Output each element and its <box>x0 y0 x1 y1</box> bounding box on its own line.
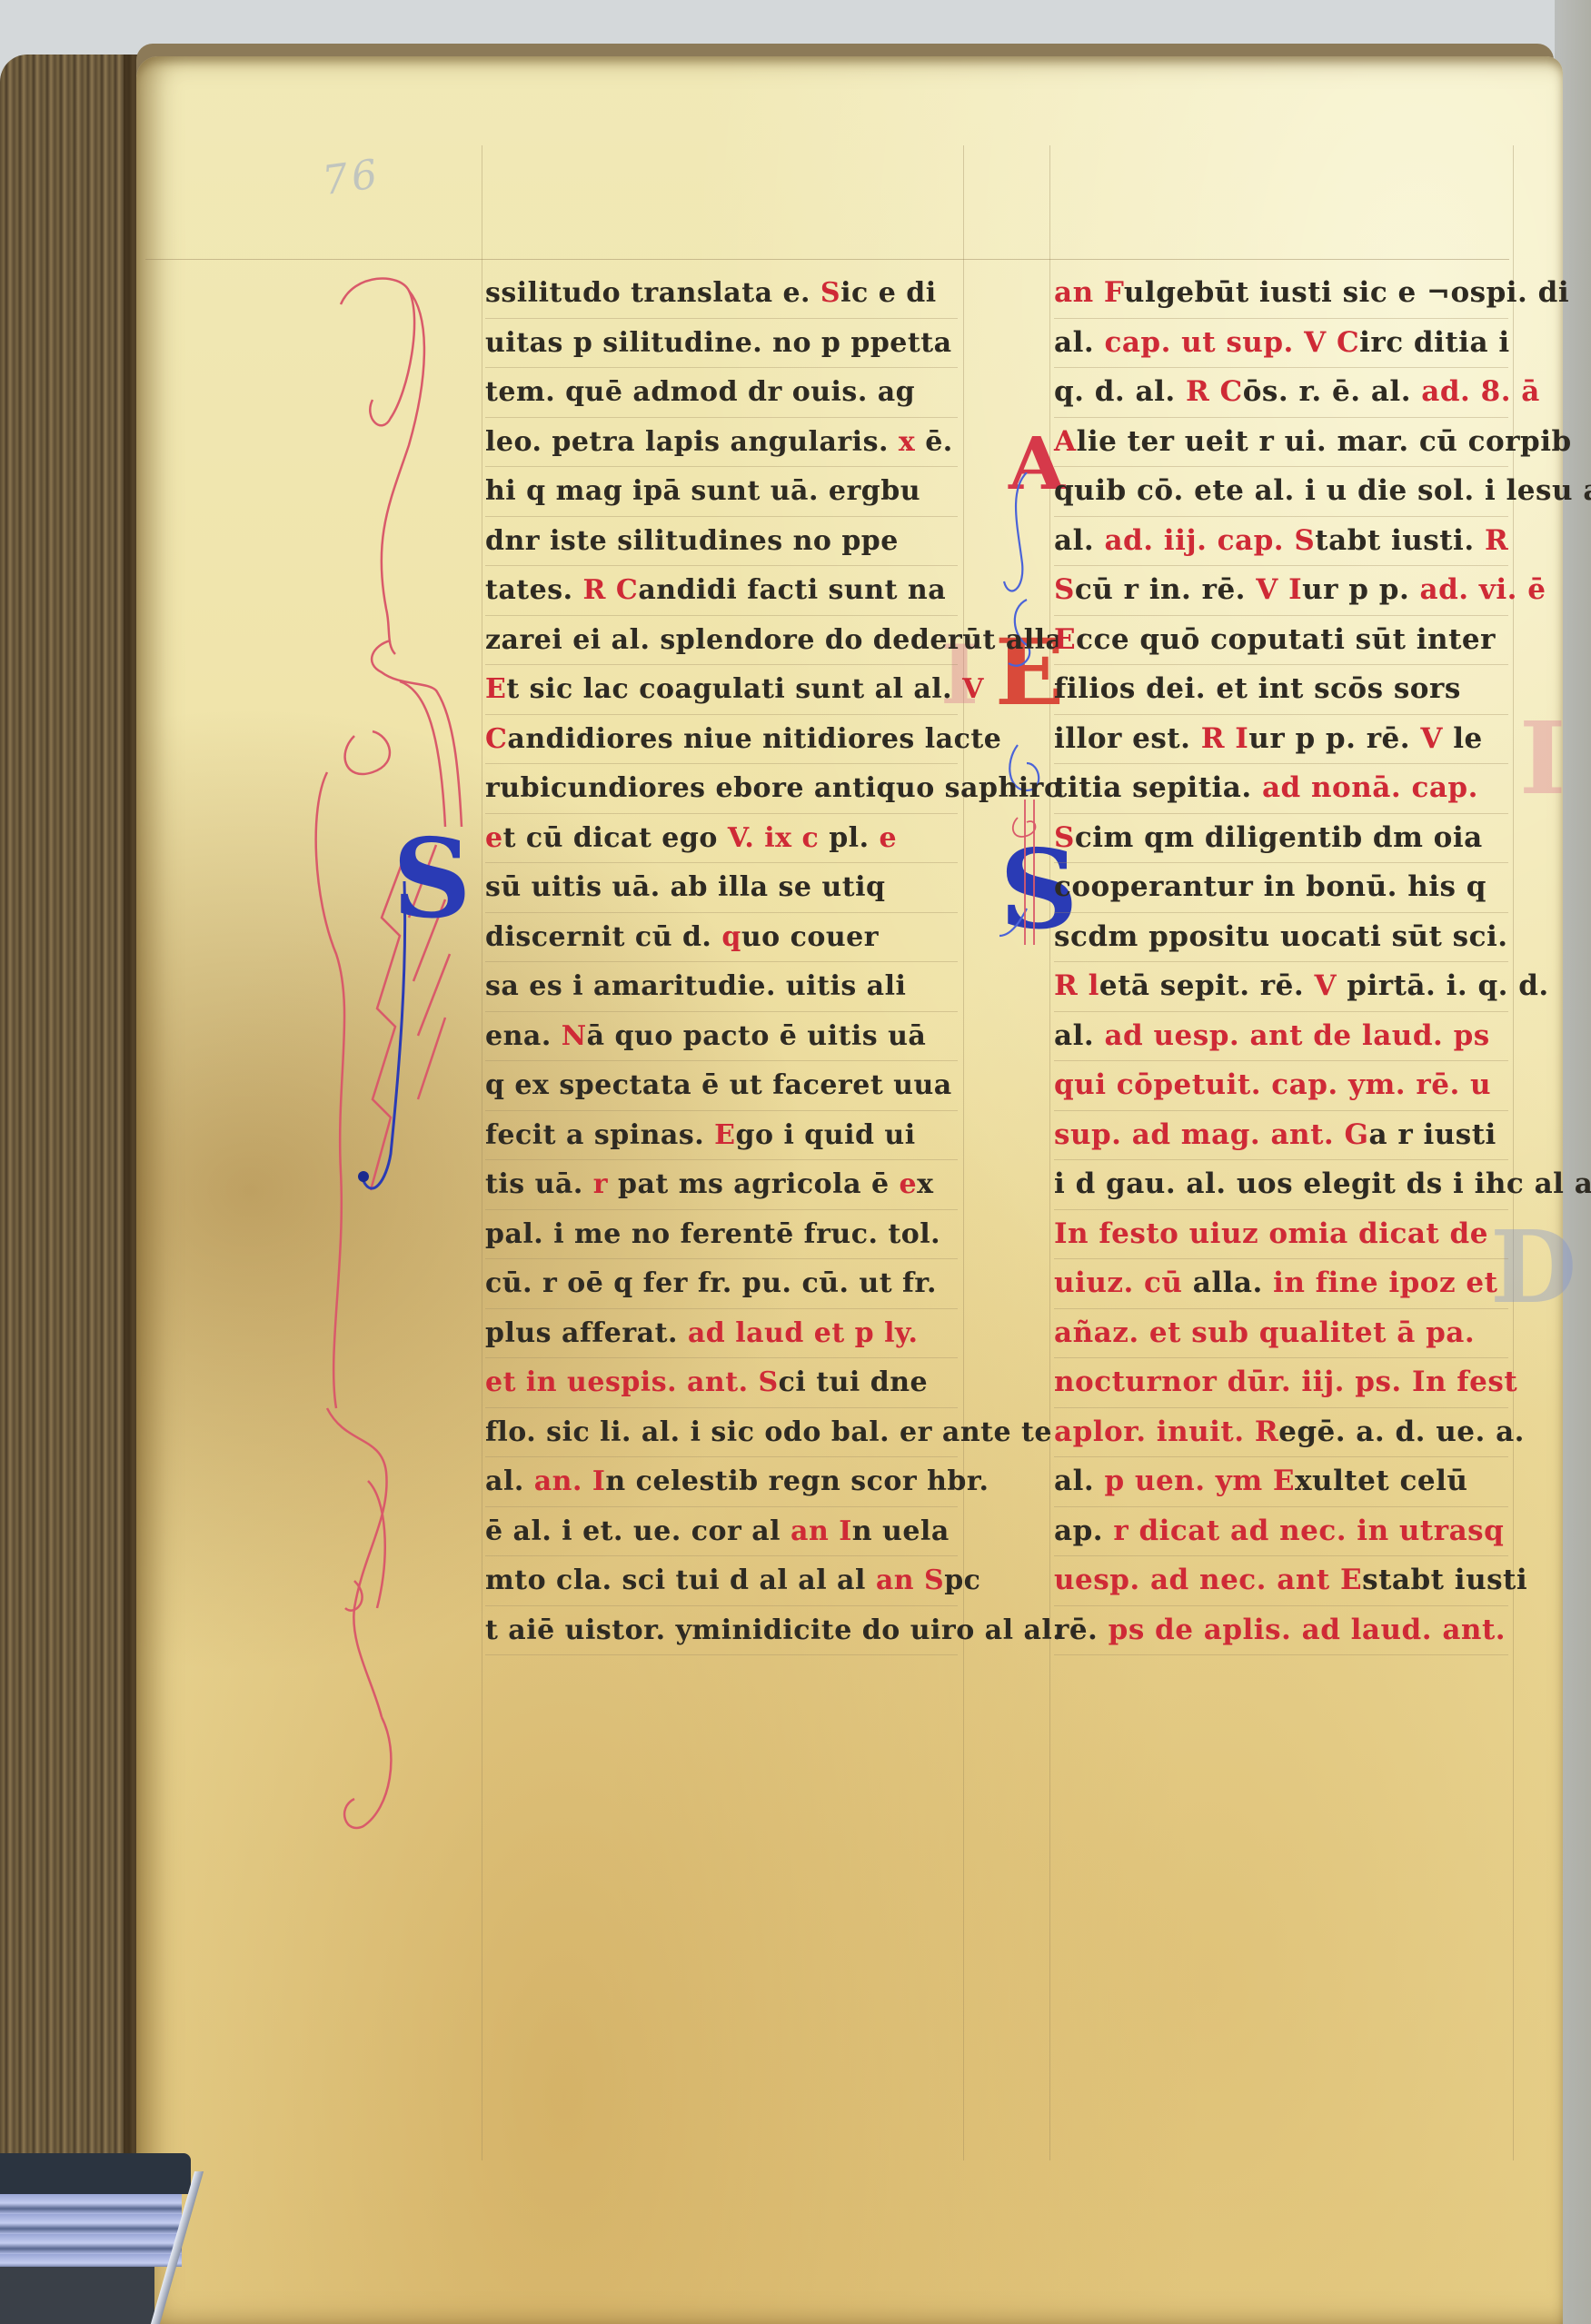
body-text: andidi facti sunt na <box>638 574 946 606</box>
rubric-text: V <box>1420 722 1443 755</box>
body-text: x <box>917 1168 933 1200</box>
clip-body <box>0 2194 182 2267</box>
body-text: stabt iusti <box>1362 1564 1527 1596</box>
text-line: dnr iste silitudines no ppe <box>485 517 958 567</box>
rubric-text: qui cōpetuit. cap. ym. rē. u <box>1054 1068 1491 1101</box>
rubric-text: an <box>791 1515 829 1547</box>
text-line: qui cōpetuit. cap. ym. rē. u <box>1054 1061 1508 1111</box>
text-line: al. p uen. ym Exultet celū <box>1054 1457 1508 1507</box>
body-text: t cū dicat ego <box>503 822 728 854</box>
rubric-text: C <box>1220 375 1243 408</box>
rubric-text: r dicat ad nec. in utrasq <box>1113 1515 1504 1547</box>
text-line: cū. r oē q fer fr. pu. cū. ut fr. <box>485 1259 958 1309</box>
text-line: tis uā. r pat ms agricola ē ex <box>485 1160 958 1210</box>
text-line: fecit a spinas. Ego i quid ui <box>485 1111 958 1161</box>
text-line: quib cō. ete al. i u die sol. i lesu al <box>1054 467 1508 517</box>
body-text: illor est. <box>1054 722 1201 755</box>
text-line: nocturnor dūr. iij. ps. In fest <box>1054 1358 1508 1408</box>
body-text: xultet celū <box>1295 1465 1467 1497</box>
rubric-text: V <box>1256 573 1278 606</box>
body-text: t aiē uistor. yminidicite do uiro al al. <box>485 1614 1062 1646</box>
text-line: ē al. i et. ue. cor al an In uela <box>485 1507 958 1557</box>
body-text: dnr iste silitudines no ppe <box>485 525 899 557</box>
body-text: ur p p. <box>1302 573 1419 606</box>
rubric-text: E <box>1340 1564 1362 1596</box>
rubric-text: E <box>1273 1465 1295 1497</box>
rubric-text: e <box>485 822 503 854</box>
text-column-right: an Fulgebūt iusti sic e ¬ospi. dial. cap… <box>1054 269 1508 1655</box>
body-text: le <box>1443 722 1483 755</box>
rubric-text: S <box>758 1366 778 1398</box>
text-line: filios dei. et int scōs sors <box>1054 665 1508 715</box>
text-line: uesp. ad nec. ant Estabt iusti <box>1054 1556 1508 1606</box>
clip-top <box>0 2153 191 2194</box>
rubric-text: C <box>1337 326 1359 359</box>
body-text: rubicundiores ebore antiquo saphiro <box>485 772 1062 804</box>
rubric-text: sup. ad mag. ant. <box>1054 1118 1344 1151</box>
rubric-text: aplor. inuit. <box>1054 1415 1255 1448</box>
body-text <box>792 822 802 854</box>
body-text: ōs. r. ē. al. <box>1243 375 1422 408</box>
text-line: plus afferat. ad laud et p ly. <box>485 1309 958 1359</box>
rubric-text: In festo uiuz omia dicat de <box>1054 1217 1488 1250</box>
rubric-text: añaz. et sub qualitet ā pa. <box>1054 1316 1475 1349</box>
rubric-text: an. <box>534 1465 592 1497</box>
rubric-text: R <box>1186 375 1220 408</box>
rubric-text: V. ix <box>728 822 792 854</box>
rubric-text: C <box>485 723 507 755</box>
body-text: andidiores niue nitidiores lacte <box>507 723 1001 755</box>
body-text: discernit cū d. <box>485 921 721 953</box>
text-line: In festo uiuz omia dicat de <box>1054 1210 1508 1260</box>
text-line: sa es i amaritudie. uitis ali <box>485 962 958 1012</box>
text-line: mto cla. sci tui d al al al an Spc <box>485 1556 958 1606</box>
body-text: zarei ei al. splendore do dederūt alla <box>485 624 1064 656</box>
body-text: uo couer <box>741 921 879 953</box>
rubric-text: R <box>1201 722 1236 755</box>
rubric-text: S <box>924 1564 944 1596</box>
body-text: egē. a. d. ue. a. <box>1278 1415 1525 1448</box>
body-text <box>606 574 616 606</box>
rubric-text: l <box>1089 969 1099 1002</box>
rubric-text: ad. 8. ā <box>1421 375 1540 408</box>
body-text: al. <box>1054 326 1104 359</box>
text-line: añaz. et sub qualitet ā pa. <box>1054 1309 1508 1359</box>
rubric-text: nocturnor dūr. iij. ps. In fest <box>1054 1366 1517 1398</box>
body-text: ci tui dne <box>779 1366 929 1398</box>
folio-number: 76 <box>320 151 383 204</box>
body-text: sa es i amaritudie. uitis ali <box>485 970 906 1002</box>
body-text: cū r in. rē. <box>1075 573 1256 606</box>
body-text: alla. <box>1193 1266 1273 1299</box>
body-text: scdm ppositu uocati sūt sci. <box>1054 920 1508 953</box>
body-text: ap. <box>1054 1515 1113 1547</box>
body-text: al. <box>485 1465 534 1497</box>
body-text: flo. sic li. al. i sic odo bal. er ante … <box>485 1416 1052 1448</box>
body-text: cce quō coputati sūt inter <box>1076 623 1496 656</box>
page-holder-clip <box>0 2153 195 2324</box>
text-line: q. d. al. R Cōs. r. ē. al. ad. 8. ā <box>1054 368 1508 418</box>
text-line: q ex spectata ē ut faceret uua <box>485 1061 958 1111</box>
book-page-edges <box>0 55 154 2324</box>
text-line: rubicundiores ebore antiquo saphiro <box>485 764 958 814</box>
body-text: i d gau. al. uos elegit ds i ihc al al. <box>1054 1167 1591 1200</box>
text-line: tem. quē admod dr ouis. ag <box>485 368 958 418</box>
text-line: uitas p silitudine. no p ppetta <box>485 319 958 369</box>
ruling-line-left-col-end <box>963 145 964 2160</box>
body-text: cū. r oē q fer fr. pu. cū. ut fr. <box>485 1267 937 1299</box>
rubric-text: ad uesp. ant de laud. ps <box>1104 1019 1489 1052</box>
penwork-dot <box>358 1171 369 1182</box>
text-line: Alie ter ueit r ui. mar. cū corpib <box>1054 418 1508 468</box>
rubric-text: E <box>1054 623 1076 656</box>
body-text: tates. <box>485 574 583 606</box>
body-text: ena. <box>485 1020 562 1052</box>
rubric-text: I <box>1288 573 1302 606</box>
body-text <box>914 1564 924 1596</box>
body-text: t sic lac coagulati sunt al al. <box>506 673 962 705</box>
body-text: tabt iusti. <box>1315 524 1485 557</box>
clip-shadow <box>0 2267 154 2324</box>
rubric-text: cap. ut sup. V <box>1104 326 1336 359</box>
body-text: ur p p. rē. <box>1248 722 1420 755</box>
rubric-text: x <box>899 426 915 458</box>
rubric-text: I <box>592 1465 606 1497</box>
ruling-line-top <box>145 259 1509 260</box>
text-line: Candidiores niue nitidiores lacte <box>485 715 958 765</box>
text-line: sup. ad mag. ant. Ga r iusti <box>1054 1111 1508 1161</box>
rubric-text: F <box>1104 276 1124 309</box>
text-line: hi q mag ipā sunt uā. ergbu <box>485 467 958 517</box>
text-line: R letā sepit. rē. V pirtā. i. q. d. <box>1054 962 1508 1012</box>
rubric-text: et in uespis. ant. <box>485 1366 758 1398</box>
initial-blue-flourishes <box>999 472 1054 945</box>
rubric-text: e <box>900 1168 918 1200</box>
text-line: ena. Nā quo pacto ē uitis uā <box>485 1012 958 1062</box>
rubric-text: E <box>485 673 506 705</box>
ruling-line-left-col-start <box>482 145 482 2160</box>
text-line: al. cap. ut sup. V Circ ditia i <box>1054 319 1508 369</box>
text-line: t aiē uistor. yminidicite do uiro al al. <box>485 1606 958 1656</box>
body-text: pal. i me no ferentē fruc. tol. <box>485 1218 940 1250</box>
rubric-text: S <box>820 277 840 309</box>
body-text: tem. quē admod dr ouis. ag <box>485 376 915 408</box>
body-text: filios dei. et int scōs sors <box>1054 672 1461 705</box>
rubric-text: an <box>876 1564 914 1596</box>
body-text: hi q mag ipā sunt uā. ergbu <box>485 475 920 507</box>
body-text: lie ter ueit r ui. mar. cū corpib <box>1077 425 1572 458</box>
rubric-text: E <box>714 1119 735 1151</box>
body-text: tis uā. <box>485 1168 593 1200</box>
rubric-text: e <box>879 822 897 854</box>
rubric-text: C <box>616 574 638 606</box>
body-text: uitas p silitudine. no p ppetta <box>485 327 952 359</box>
body-text: pat ms agricola ē <box>608 1168 899 1200</box>
offset-initial-ghost: I <box>1519 700 1566 817</box>
text-line: scdm ppositu uocati sūt sci. <box>1054 913 1508 963</box>
body-text: ē. <box>915 426 952 458</box>
rubric-text: ps de aplis. ad laud. ant. <box>1109 1614 1506 1646</box>
rubric-text: N <box>562 1020 587 1052</box>
body-text: al. <box>1054 1019 1104 1052</box>
rubric-text: ad. iij. cap. <box>1104 524 1294 557</box>
rubric-text: S <box>1054 821 1075 854</box>
decorated-initial-s-left: S <box>393 825 472 934</box>
text-line: flo. sic li. al. i sic odo bal. er ante … <box>485 1408 958 1458</box>
text-line: aplor. inuit. Regē. a. d. ue. a. <box>1054 1408 1508 1458</box>
text-line: discernit cū d. quo couer <box>485 913 958 963</box>
text-line: i d gau. al. uos elegit ds i ihc al al. <box>1054 1160 1508 1210</box>
body-text: pl. <box>819 822 879 854</box>
body-text: sū uitis uā. ab illa se utiq <box>485 871 885 903</box>
body-text: ulgebūt iusti sic e ¬ospi. di <box>1124 276 1569 309</box>
body-text: mto cla. sci tui d al al al <box>485 1564 876 1596</box>
body-text: al. <box>1054 524 1104 557</box>
body-text: leo. petra lapis angularis. <box>485 426 899 458</box>
text-line: ssilitudo translata e. Sic e di <box>485 269 958 319</box>
rubric-text: R <box>1485 524 1508 557</box>
text-line: Ecce quō coputati sūt inter <box>1054 616 1508 666</box>
body-text <box>829 1515 839 1547</box>
rubric-text: S <box>1294 524 1315 557</box>
text-line: rē. ps de aplis. ad laud. ant. <box>1054 1606 1508 1656</box>
body-text: titia sepitia. <box>1054 771 1262 804</box>
rubric-text: G <box>1344 1118 1368 1151</box>
rubric-text: S <box>1054 573 1075 606</box>
rubric-text: A <box>1054 425 1077 458</box>
body-text: pirtā. i. q. d. <box>1337 969 1549 1002</box>
text-line: sū uitis uā. ab illa se utiq <box>485 863 958 913</box>
text-line: ap. r dicat ad nec. in utrasq <box>1054 1507 1508 1557</box>
text-line: Scū r in. rē. V Iur p p. ad. vi. ē <box>1054 566 1508 616</box>
body-text: rē. <box>1054 1614 1109 1646</box>
text-line: et in uespis. ant. Sci tui dne <box>485 1358 958 1408</box>
body-text: al. <box>1054 1465 1104 1497</box>
text-line: al. an. In celestib regn scor hbr. <box>485 1457 958 1507</box>
body-text: etā sepit. rē. <box>1099 969 1315 1002</box>
text-line: leo. petra lapis angularis. x ē. <box>485 418 958 468</box>
rubric-text: I <box>839 1515 852 1547</box>
body-text: quib cō. ete al. i u die sol. i lesu al <box>1054 474 1591 507</box>
text-line: zarei ei al. splendore do dederūt alla <box>485 616 958 666</box>
rubric-text: p uen. ym <box>1104 1465 1272 1497</box>
body-text: go i quid ui <box>736 1119 916 1151</box>
body-text: n uela <box>852 1515 950 1547</box>
text-line: an Fulgebūt iusti sic e ¬ospi. di <box>1054 269 1508 319</box>
text-line: pal. i me no ferentē fruc. tol. <box>485 1210 958 1260</box>
rubric-text: V <box>1314 969 1337 1002</box>
body-text: pc <box>944 1564 980 1596</box>
body-text: q ex spectata ē ut faceret uua <box>485 1069 952 1101</box>
body-text: plus afferat. <box>485 1317 688 1349</box>
rubric-text: in fine ipoz et <box>1273 1266 1497 1299</box>
text-line: al. ad. iij. cap. Stabt iusti. R <box>1054 517 1508 567</box>
body-text: cim qm diligentib dm oia <box>1075 821 1483 854</box>
text-column-left: ssilitudo translata e. Sic e diuitas p s… <box>485 269 958 1655</box>
body-text: irc ditia i <box>1359 326 1509 359</box>
rubric-text: I <box>1235 722 1248 755</box>
text-line: cooperantur in bonū. his q <box>1054 863 1508 913</box>
text-line: titia sepitia. ad nonā. cap. <box>1054 764 1508 814</box>
rubric-text: c <box>801 822 819 854</box>
rubric-text: uesp. ad nec. ant <box>1054 1564 1340 1596</box>
text-line: et cū dicat ego V. ix c pl. e <box>485 814 958 864</box>
marginal-penwork-decoration <box>300 263 482 1853</box>
text-line: uiuz. cū alla. in fine ipoz et <box>1054 1259 1508 1309</box>
body-text: ssilitudo translata e. <box>485 277 820 309</box>
rubric-text: an <box>1054 276 1104 309</box>
text-line: Et sic lac coagulati sunt al al. V <box>485 665 958 715</box>
rubric-text: q <box>721 921 741 953</box>
body-text: fecit a spinas. <box>485 1119 714 1151</box>
rubric-text: V <box>962 673 984 705</box>
text-line: Scim qm diligentib dm oia <box>1054 814 1508 864</box>
rubric-text: ad nonā. cap. <box>1262 771 1478 804</box>
rubric-text: uiuz. cū <box>1054 1266 1193 1299</box>
rubric-text: r <box>593 1168 608 1200</box>
rubric-text: R <box>1255 1415 1278 1448</box>
rubric-text: R <box>1054 969 1089 1002</box>
body-text: cooperantur in bonū. his q <box>1054 870 1487 903</box>
body-text: ā quo pacto ē uitis uā <box>587 1020 927 1052</box>
body-text: a r iusti <box>1368 1118 1496 1151</box>
body-text: q. d. al. <box>1054 375 1186 408</box>
text-line: tates. R Candidi facti sunt na <box>485 566 958 616</box>
rubric-text: ad. vi. ē <box>1420 573 1546 606</box>
rubric-text: ad laud et p ly. <box>688 1317 919 1349</box>
body-text: n celestib regn scor hbr. <box>605 1465 989 1497</box>
body-text: ē al. i et. ue. cor al <box>485 1515 791 1547</box>
body-text: ic e di <box>840 277 937 309</box>
text-line: al. ad uesp. ant de laud. ps <box>1054 1012 1508 1062</box>
body-text <box>1278 573 1288 606</box>
text-line: illor est. R Iur p p. rē. V le <box>1054 715 1508 765</box>
rubric-text: R <box>583 574 606 606</box>
